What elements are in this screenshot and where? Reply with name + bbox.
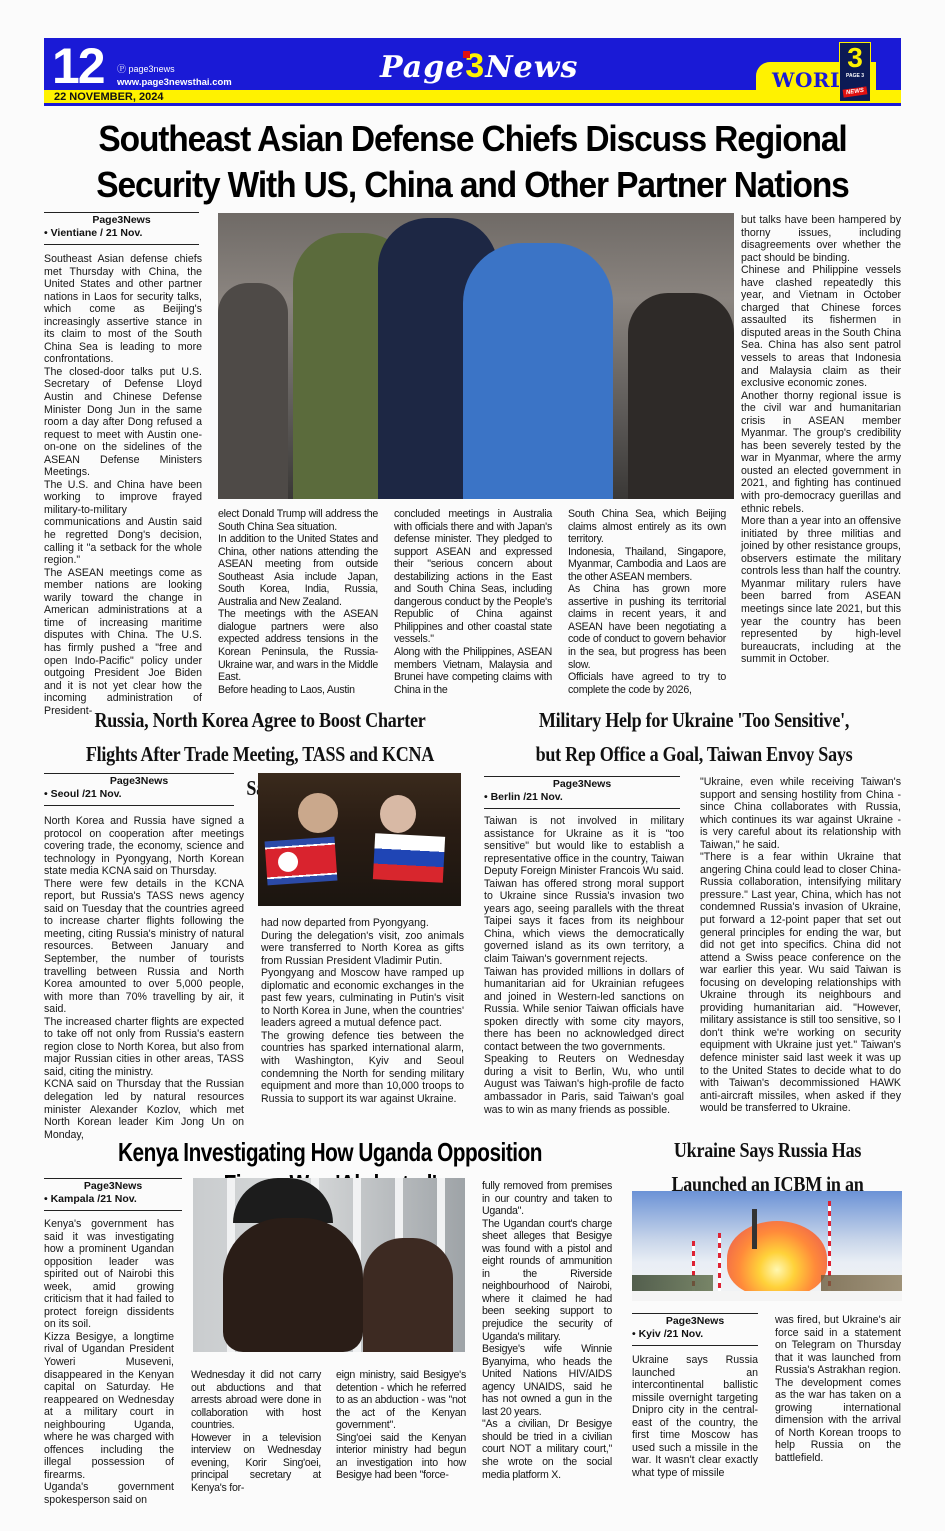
website-link[interactable]: www.page3newsthai.com: [117, 77, 232, 88]
facebook-handle[interactable]: Ⓟ page3news: [117, 62, 175, 75]
byline-location: Berlin /21 Nov.: [484, 791, 680, 804]
korea-column-1: North Korea and Russia have signed a pro…: [44, 815, 244, 1141]
asean-column-1: Southeast Asian defense chiefs met Thurs…: [44, 253, 202, 717]
byline-location: Vientiane / 21 Nov.: [44, 227, 199, 240]
badge-line2: NEWS: [843, 86, 868, 97]
page3-badge-logo: 3 PAGE 3 NEWS: [839, 42, 871, 102]
korea-column-2: had now departed from Pyongyang. During …: [261, 917, 464, 1105]
byline-location: Kyiv /21 Nov.: [632, 1328, 758, 1341]
logo-suffix: News: [485, 50, 578, 85]
asean-column-2: elect Donald Trump will address the Sout…: [218, 508, 378, 696]
byline-source: Page3News: [44, 775, 234, 788]
taiwan-column-2: "Ukraine, even while receiving Taiwan's …: [700, 776, 901, 1115]
byline-source: Page3News: [44, 214, 199, 227]
korea-photo: [258, 773, 461, 906]
byline-icbm: Page3News Kyiv /21 Nov.: [632, 1313, 758, 1346]
kenya-column-1: Kenya's government has said it was inves…: [44, 1218, 174, 1507]
kenya-column-3: eign ministry, said Besigye's detention …: [336, 1369, 466, 1482]
icbm-column-2: was fired, but Ukraine's air force said …: [775, 1314, 901, 1465]
facebook-icon: Ⓟ: [117, 64, 126, 74]
logo-numeral: 3: [465, 47, 485, 85]
facebook-handle-text: page3news: [129, 64, 175, 74]
byline-location: Kampala /21 Nov.: [44, 1193, 182, 1206]
logo-prefix: Page: [380, 50, 465, 85]
kenya-photo: [193, 1178, 465, 1352]
page-number: 12: [52, 38, 104, 94]
icbm-column-1: Ukraine says Russia launched an intercon…: [632, 1354, 758, 1479]
taiwan-column-1: Taiwan is not involved in military assis…: [484, 815, 684, 1116]
badge-line1: PAGE 3: [840, 73, 870, 80]
byline-kenya: Page3News Kampala /21 Nov.: [44, 1178, 182, 1211]
byline-taiwan: Page3News Berlin /21 Nov.: [484, 776, 680, 809]
byline-korea: Page3News Seoul /21 Nov.: [44, 773, 234, 806]
byline-source: Page3News: [44, 1180, 182, 1193]
byline-source: Page3News: [632, 1315, 758, 1328]
badge-numeral: 3: [840, 43, 870, 73]
asean-column-5: but talks have been hampered by thorny i…: [741, 214, 901, 666]
kenya-column-2: Wednesday it did not carry out abduction…: [191, 1369, 321, 1494]
asean-column-3: concluded meetings in Australia with off…: [394, 508, 552, 696]
kenya-column-4: fully removed from premises in our count…: [482, 1180, 612, 1481]
taiwan-headline: Military Help for Ukraine 'Too Sensitive…: [508, 703, 880, 771]
icbm-photo: [632, 1191, 902, 1301]
byline-location: Seoul /21 Nov.: [44, 788, 234, 801]
asean-column-4: South China Sea, which Beijing claims al…: [568, 508, 726, 696]
main-headline: Southeast Asian Defense Chiefs Discuss R…: [74, 116, 871, 208]
logo: Page3News: [380, 46, 578, 88]
asean-photo: [218, 213, 734, 499]
byline-asean: Page3News Vientiane / 21 Nov.: [44, 212, 199, 245]
masthead: 12 Ⓟ page3news www.page3newsthai.com 22 …: [44, 38, 901, 106]
byline-source: Page3News: [484, 778, 680, 791]
issue-date: 22 NOVEMBER, 2024: [54, 91, 163, 103]
